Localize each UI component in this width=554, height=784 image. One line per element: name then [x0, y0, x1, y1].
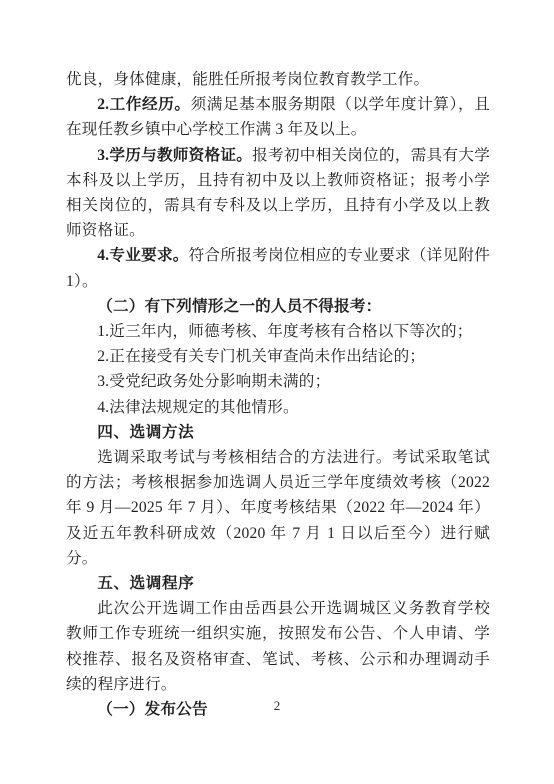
paragraph: 3.受党纪政务处分影响期未满的； — [66, 369, 490, 394]
text-run: 此次公开选调工作由岳西县公开选调城区义务教育学校教师工作专班统一组织实施，按照发… — [66, 600, 490, 693]
text-run: 优良，身体健康，能胜任所报考岗位教育教学工作。 — [66, 71, 429, 88]
paragraph: 3.学历与教师资格证。报考初中相关岗位的，需具有大学本科及以上学历，且持有初中及… — [66, 143, 490, 244]
paragraph: 2.工作经历。须满足基本服务期限（以学年度计算），且在现任教乡镇中心学校工作满 … — [66, 92, 490, 142]
document-body: 优良，身体健康，能胜任所报考岗位教育教学工作。2.工作经历。须满足基本服务期限（… — [66, 67, 490, 722]
paragraph: 4.专业要求。符合所报考岗位相应的专业要求（详见附件1）。 — [66, 243, 490, 293]
text-run: 四、选调方法 — [97, 424, 194, 441]
text-run: 3.学历与教师资格证。 — [97, 147, 252, 164]
paragraph: 2.正在接受有关专门机关审查尚未作出结论的； — [66, 344, 490, 369]
paragraph: 此次公开选调工作由岳西县公开选调城区义务教育学校教师工作专班统一组织实施，按照发… — [66, 596, 490, 697]
paragraph: 选调采取考试与考核相结合的方法进行。考试采取笔试的方法；考核根据参加选调人员近三… — [66, 445, 490, 571]
text-run: 4.法律法规规定的其他情形。 — [97, 399, 299, 416]
text-run: 2.工作经历。 — [97, 96, 190, 113]
text-run: （二）有下列情形之一的人员不得报考： — [97, 298, 381, 315]
text-run: 2.正在接受有关专门机关审查尚未作出结论的； — [97, 348, 425, 365]
paragraph: 1.近三年内，师德考核、年度考核有合格以下等次的； — [66, 319, 490, 344]
text-run: 4.专业要求。 — [97, 247, 188, 264]
text-run: 五、选调程序 — [97, 575, 194, 592]
section-heading: 五、选调程序 — [66, 571, 490, 596]
section-heading: 四、选调方法 — [66, 420, 490, 445]
text-run: 1.近三年内，师德考核、年度考核有合格以下等次的； — [97, 323, 472, 340]
text-run: 3.受党纪政务处分影响期未满的； — [97, 373, 330, 390]
text-run: 选调采取考试与考核相结合的方法进行。考试采取笔试的方法；考核根据参加选调人员近三… — [66, 449, 490, 567]
paragraph: 优良，身体健康，能胜任所报考岗位教育教学工作。 — [66, 67, 490, 92]
subsection-heading: （二）有下列情形之一的人员不得报考： — [66, 294, 490, 319]
document-page: 优良，身体健康，能胜任所报考岗位教育教学工作。2.工作经历。须满足基本服务期限（… — [0, 0, 554, 784]
paragraph: 4.法律法规规定的其他情形。 — [66, 395, 490, 420]
page-number: 2 — [0, 698, 554, 714]
